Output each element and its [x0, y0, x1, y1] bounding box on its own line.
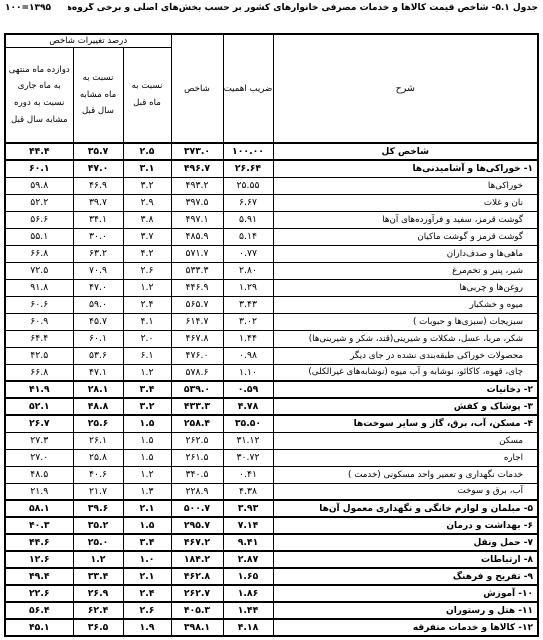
- cell-description: نان و غلات: [273, 194, 538, 211]
- cell-description: شیر، پنیر و تخم‌مرغ: [273, 262, 538, 279]
- cell-weight: ۳۵.۵۰: [223, 415, 273, 432]
- table-row: اجاره۳۰.۷۲۲۶۱.۵۱.۵۲۵.۸۲۷.۰: [5, 449, 538, 466]
- cell-twelve-month: ۶۰.۱: [5, 160, 73, 177]
- cell-twelve-month: ۵۶.۶: [5, 211, 73, 228]
- cell-index: ۴۹۳.۲: [171, 177, 223, 194]
- cell-vs-prev-month: ۲.۴: [123, 296, 171, 313]
- cell-weight: ۲.۸۷: [223, 551, 273, 568]
- cell-twelve-month: ۴۴.۴: [5, 143, 73, 160]
- cell-weight: ۵.۱۴: [223, 228, 273, 245]
- cell-weight: ۱.۴۴: [223, 602, 273, 619]
- cell-vs-prev-month: ۱.۳: [123, 483, 171, 500]
- cell-vs-same-month-prev-year: ۳۰.۰: [73, 228, 123, 245]
- cell-index: ۲۹۵.۷: [171, 517, 223, 534]
- cell-twelve-month: ۲۱.۹: [5, 483, 73, 500]
- table-row: ۱۰- آموزش۱.۸۶۲۶۲.۷۲.۴۲۶.۹۲۲.۶: [5, 585, 538, 602]
- cell-vs-same-month-prev-year: ۲۶.۱: [73, 432, 123, 449]
- cell-vs-same-month-prev-year: ۴۷.۱: [73, 364, 123, 381]
- cell-vs-same-month-prev-year: ۴۸.۸: [73, 398, 123, 415]
- cell-weight: ۱.۸۶: [223, 585, 273, 602]
- cell-vs-same-month-prev-year: ۳۳.۴: [73, 568, 123, 585]
- col-header-description: شرح: [273, 34, 538, 143]
- cell-vs-prev-month: ۱.۰: [123, 551, 171, 568]
- cell-description: ۲- دخانیات: [273, 381, 538, 398]
- table-row: شیر، پنیر و تخم‌مرغ۲.۸۰۵۳۳.۳۲.۶۷۰.۹۷۲.۵: [5, 262, 538, 279]
- cell-index: ۴۹۶.۷: [171, 160, 223, 177]
- cpi-table: شرح ضریب اهمیت شاخص درصد تغییرات شاخص نس…: [4, 33, 539, 637]
- cell-vs-same-month-prev-year: ۴۶.۹: [73, 177, 123, 194]
- cell-description: ماهی‌ها و صدف‌داران: [273, 245, 538, 262]
- table-row: ۸- ارتباطات۲.۸۷۱۸۴.۲۱.۰۱.۲۱۲.۶: [5, 551, 538, 568]
- cell-vs-same-month-prev-year: ۳۵.۷: [73, 143, 123, 160]
- table-row: شاخص کل۱۰۰.۰۰۳۷۳.۰۲.۵۳۵.۷۴۴.۴: [5, 143, 538, 160]
- cell-weight: ۹.۴۱: [223, 534, 273, 551]
- cell-vs-same-month-prev-year: ۳۶.۵: [73, 619, 123, 636]
- cell-weight: ۰.۹۸: [223, 347, 273, 364]
- cell-index: ۴۶۲.۸: [171, 568, 223, 585]
- cell-vs-prev-month: ۱.۹: [123, 619, 171, 636]
- table-row: روغن‌ها و چربی‌ها۱.۲۹۴۴۶.۹۱.۲۴۷.۰۹۱.۸: [5, 279, 538, 296]
- cell-vs-same-month-prev-year: ۳۵.۲: [73, 517, 123, 534]
- cell-vs-prev-month: ۲.۹: [123, 194, 171, 211]
- cell-vs-same-month-prev-year: ۳۴.۱: [73, 211, 123, 228]
- cell-description: گوشت قرمز و گوشت ماکیان: [273, 228, 538, 245]
- cell-index: ۳۷۳.۰: [171, 143, 223, 160]
- cell-index: ۲۶۱.۵: [171, 449, 223, 466]
- table-row: ماهی‌ها و صدف‌داران۰.۷۷۵۷۱.۷۴.۲۶۳.۲۶۶.۸: [5, 245, 538, 262]
- cell-weight: ۳.۹۳: [223, 500, 273, 517]
- cell-weight: ۱.۴۴: [223, 330, 273, 347]
- cell-vs-prev-month: ۱.۲: [123, 466, 171, 483]
- cell-twelve-month: ۶۶.۸: [5, 364, 73, 381]
- cell-vs-same-month-prev-year: ۴۰.۶: [73, 466, 123, 483]
- cell-index: ۴۶۷.۸: [171, 330, 223, 347]
- report-page: جدول ۵.۱- شاخص قیمت کالاها و خدمات مصرفی…: [0, 0, 543, 640]
- cell-vs-same-month-prev-year: ۶۰.۱: [73, 330, 123, 347]
- cell-twelve-month: ۲۷.۰: [5, 449, 73, 466]
- cell-description: ۱- خوراکی‌ها و آشامیدنی‌ها: [273, 160, 538, 177]
- cell-vs-same-month-prev-year: ۵۹.۰: [73, 296, 123, 313]
- cell-vs-same-month-prev-year: ۱.۲: [73, 551, 123, 568]
- cell-vs-prev-month: ۲.۶: [123, 602, 171, 619]
- cell-vs-prev-month: ۴.۱: [123, 313, 171, 330]
- table-row: نان و غلات۶.۶۷۳۹۷.۵۲.۹۳۹.۷۵۲.۲: [5, 194, 538, 211]
- cell-weight: ۳.۴۳: [223, 296, 273, 313]
- cell-description: سبزیجات (سبزی‌ها و حبوبات ): [273, 313, 538, 330]
- cell-index: ۲۶۲.۵: [171, 432, 223, 449]
- table-row: میوه و خشکبار۳.۴۳۵۶۵.۷۲.۴۵۹.۰۶۰.۶: [5, 296, 538, 313]
- cell-twelve-month: ۹۱.۸: [5, 279, 73, 296]
- cell-vs-prev-month: ۳.۷: [123, 228, 171, 245]
- base-year-note: ۱۳۹۵=۱۰۰: [5, 3, 51, 14]
- table-body: شاخص کل۱۰۰.۰۰۳۷۳.۰۲.۵۳۵.۷۴۴.۴۱- خوراکی‌ه…: [5, 143, 538, 636]
- cell-vs-same-month-prev-year: ۷۰.۹: [73, 262, 123, 279]
- col-header-vs-prev-month: نسبت به ماه قبل: [123, 48, 171, 144]
- table-row: آب، برق و سوخت۴.۳۸۲۲۸.۹۱.۳۲۱.۷۲۱.۹: [5, 483, 538, 500]
- table-row: شکر، مربا، عسل، شکلات و شیرینی(قند، شکر …: [5, 330, 538, 347]
- table-row: ۷- حمل ونقل۹.۴۱۴۶۷.۲۳.۴۲۵.۰۴۴.۶: [5, 534, 538, 551]
- cell-vs-prev-month: ۳.۴: [123, 534, 171, 551]
- col-header-vs-same-month-prev-year: نسبت به ماه مشابه سال قبل: [73, 48, 123, 144]
- cell-twelve-month: ۱۲.۶: [5, 551, 73, 568]
- cell-index: ۳۴۰.۵: [171, 466, 223, 483]
- col-header-pct-change-band: درصد تغییرات شاخص: [5, 34, 171, 48]
- cell-description: ۵- مبلمان و لوازم خانگی و نگهداری معمول …: [273, 500, 538, 517]
- cell-index: ۲۲۸.۹: [171, 483, 223, 500]
- cell-weight: ۶.۶۷: [223, 194, 273, 211]
- table-caption-row: جدول ۵.۱- شاخص قیمت کالاها و خدمات مصرفی…: [5, 3, 538, 14]
- table-row: گوشت قرمز، سفید و فرآورده‌های آن‌ها۵.۹۱۴…: [5, 211, 538, 228]
- cell-index: ۴۷۶.۰: [171, 347, 223, 364]
- cell-index: ۴۴۶.۹: [171, 279, 223, 296]
- cell-twelve-month: ۴۹.۴: [5, 568, 73, 585]
- cell-vs-prev-month: ۱.۲: [123, 364, 171, 381]
- cell-vs-prev-month: ۱.۵: [123, 449, 171, 466]
- cell-weight: ۳۰.۷۲: [223, 449, 273, 466]
- table-row: ۹- تفریح و فرهنگ۱.۶۵۴۶۲.۸۲.۱۳۳.۴۴۹.۴: [5, 568, 538, 585]
- cell-vs-prev-month: ۱.۲: [123, 279, 171, 296]
- cell-index: ۱۸۴.۲: [171, 551, 223, 568]
- cell-vs-prev-month: ۲.۱: [123, 500, 171, 517]
- cell-index: ۴۳۳.۳: [171, 398, 223, 415]
- cell-weight: ۱.۲۹: [223, 279, 273, 296]
- cell-weight: ۳۱.۱۲: [223, 432, 273, 449]
- col-header-weight: ضریب اهمیت: [223, 34, 273, 143]
- table-title: جدول ۵.۱- شاخص قیمت کالاها و خدمات مصرفی…: [68, 3, 538, 14]
- cell-index: ۴۹۷.۱: [171, 211, 223, 228]
- cell-weight: ۴.۱۸: [223, 619, 273, 636]
- cell-twelve-month: ۵۶.۴: [5, 602, 73, 619]
- cell-description: ۳- پوشاک و کفش: [273, 398, 538, 415]
- cell-weight: ۰.۵۹: [223, 381, 273, 398]
- table-header: شرح ضریب اهمیت شاخص درصد تغییرات شاخص نس…: [5, 34, 538, 143]
- cell-twelve-month: ۷۲.۵: [5, 262, 73, 279]
- cell-vs-prev-month: ۳.۱: [123, 160, 171, 177]
- cell-weight: ۰.۴۱: [223, 466, 273, 483]
- cell-vs-same-month-prev-year: ۲۶.۹: [73, 585, 123, 602]
- cell-weight: ۳.۰۲: [223, 313, 273, 330]
- cell-twelve-month: ۴۸.۵: [5, 466, 73, 483]
- cell-vs-same-month-prev-year: ۳۹.۷: [73, 194, 123, 211]
- cell-twelve-month: ۶۴.۴: [5, 330, 73, 347]
- cell-weight: ۵.۹۱: [223, 211, 273, 228]
- cell-description: آب، برق و سوخت: [273, 483, 538, 500]
- cell-vs-same-month-prev-year: ۲۵.۸: [73, 449, 123, 466]
- cell-weight: ۱.۱۰: [223, 364, 273, 381]
- cell-twelve-month: ۲۷.۳: [5, 432, 73, 449]
- cell-vs-prev-month: ۱.۵: [123, 432, 171, 449]
- cell-twelve-month: ۶۰.۶: [5, 296, 73, 313]
- cell-twelve-month: ۵۵.۱: [5, 228, 73, 245]
- cell-vs-same-month-prev-year: ۴۵.۷: [73, 313, 123, 330]
- cell-twelve-month: ۴۵.۱: [5, 619, 73, 636]
- cell-description: شکر، مربا، عسل، شکلات و شیرینی(قند، شکر …: [273, 330, 538, 347]
- cell-description: خوراکی‌ها: [273, 177, 538, 194]
- cell-description: محصولات خوراکی طبقه‌بندی نشده در جای دیگ…: [273, 347, 538, 364]
- cell-twelve-month: ۴۰.۳: [5, 517, 73, 534]
- cell-description: ۴- مسکن، آب، برق، گاز و سایر سوخت‌ها: [273, 415, 538, 432]
- table-row: گوشت قرمز و گوشت ماکیان۵.۱۴۴۸۵.۹۳.۷۳۰.۰۵…: [5, 228, 538, 245]
- table-row: محصولات خوراکی طبقه‌بندی نشده در جای دیگ…: [5, 347, 538, 364]
- cell-index: ۲۵۸.۴: [171, 415, 223, 432]
- cell-twelve-month: ۶۶.۸: [5, 245, 73, 262]
- cell-vs-same-month-prev-year: ۴۷.۰: [73, 160, 123, 177]
- cell-description: ۸- ارتباطات: [273, 551, 538, 568]
- header-band-row: شرح ضریب اهمیت شاخص درصد تغییرات شاخص: [5, 34, 538, 48]
- cell-index: ۴۶۷.۲: [171, 534, 223, 551]
- cell-twelve-month: ۶۰.۹: [5, 313, 73, 330]
- cell-description: میوه و خشکبار: [273, 296, 538, 313]
- table-row: مسکن۳۱.۱۲۲۶۲.۵۱.۵۲۶.۱۲۷.۳: [5, 432, 538, 449]
- cell-description: ۱۱- هتل و رستوران: [273, 602, 538, 619]
- cell-vs-same-month-prev-year: ۶۳.۲: [73, 245, 123, 262]
- cell-index: ۶۱۴.۷: [171, 313, 223, 330]
- cell-description: روغن‌ها و چربی‌ها: [273, 279, 538, 296]
- cell-description: مسکن: [273, 432, 538, 449]
- cell-index: ۵۳۹.۰: [171, 381, 223, 398]
- cell-description: خدمات نگهداری و تعمیر واحد مسکونی (خدمت …: [273, 466, 538, 483]
- cell-weight: ۷.۱۴: [223, 517, 273, 534]
- cell-index: ۳۹۷.۵: [171, 194, 223, 211]
- cell-twelve-month: ۵۹.۸: [5, 177, 73, 194]
- table-row: ۱۲- کالاها و خدمات متفرقه۴.۱۸۳۹۸.۱۱.۹۳۶.…: [5, 619, 538, 636]
- table-row: خدمات نگهداری و تعمیر واحد مسکونی (خدمت …: [5, 466, 538, 483]
- cell-description: ۷- حمل ونقل: [273, 534, 538, 551]
- cell-weight: ۲.۸۰: [223, 262, 273, 279]
- cell-weight: ۴.۳۸: [223, 483, 273, 500]
- cell-vs-same-month-prev-year: ۵۳.۶: [73, 347, 123, 364]
- cell-vs-prev-month: ۲.۰: [123, 330, 171, 347]
- table-row: چای، قهوه، کاکائو، نوشابه و آب میوه (نوش…: [5, 364, 538, 381]
- cell-description: ۹- تفریح و فرهنگ: [273, 568, 538, 585]
- cell-weight: ۲۶.۶۴: [223, 160, 273, 177]
- cell-vs-same-month-prev-year: ۳۹.۶: [73, 500, 123, 517]
- cell-vs-same-month-prev-year: ۲۸.۱: [73, 381, 123, 398]
- cell-vs-prev-month: ۱.۵: [123, 415, 171, 432]
- cell-description: چای، قهوه، کاکائو، نوشابه و آب میوه (نوش…: [273, 364, 538, 381]
- cell-vs-same-month-prev-year: ۲۵.۶: [73, 415, 123, 432]
- cell-twelve-month: ۲۶.۷: [5, 415, 73, 432]
- cell-twelve-month: ۴۴.۶: [5, 534, 73, 551]
- cell-vs-prev-month: ۶.۱: [123, 347, 171, 364]
- cell-vs-prev-month: ۳.۸: [123, 211, 171, 228]
- cell-weight: ۴.۷۸: [223, 398, 273, 415]
- cell-description: گوشت قرمز، سفید و فرآورده‌های آن‌ها: [273, 211, 538, 228]
- cell-vs-same-month-prev-year: ۶۲.۴: [73, 602, 123, 619]
- table-row: ۴- مسکن، آب، برق، گاز و سایر سوخت‌ها۳۵.۵…: [5, 415, 538, 432]
- cell-index: ۴۰۵.۳: [171, 602, 223, 619]
- cell-vs-prev-month: ۳.۲: [123, 177, 171, 194]
- cell-twelve-month: ۴۲.۵: [5, 347, 73, 364]
- cell-twelve-month: ۲۲.۶: [5, 585, 73, 602]
- cell-index: ۵۷۸.۶: [171, 364, 223, 381]
- cell-weight: ۰.۷۷: [223, 245, 273, 262]
- cell-vs-same-month-prev-year: ۲۱.۷: [73, 483, 123, 500]
- cell-vs-prev-month: ۳.۴: [123, 381, 171, 398]
- cell-weight: ۱.۶۵: [223, 568, 273, 585]
- cell-vs-prev-month: ۱.۵: [123, 517, 171, 534]
- cell-index: ۵۶۵.۷: [171, 296, 223, 313]
- cell-vs-prev-month: ۲.۶: [123, 262, 171, 279]
- col-header-index: شاخص: [171, 34, 223, 143]
- table-row: ۶- بهداشت و درمان۷.۱۴۲۹۵.۷۱.۵۳۵.۲۴۰.۳: [5, 517, 538, 534]
- cell-index: ۳۹۸.۱: [171, 619, 223, 636]
- cell-vs-prev-month: ۲.۵: [123, 143, 171, 160]
- cell-index: ۵۳۳.۳: [171, 262, 223, 279]
- cell-index: ۲۶۲.۷: [171, 585, 223, 602]
- cell-vs-prev-month: ۲.۱: [123, 568, 171, 585]
- cell-description: اجاره: [273, 449, 538, 466]
- table-row: ۲- دخانیات۰.۵۹۵۳۹.۰۳.۴۲۸.۱۴۱.۹: [5, 381, 538, 398]
- table-row: ۳- پوشاک و کفش۴.۷۸۴۳۳.۳۳.۲۴۸.۸۵۲.۱: [5, 398, 538, 415]
- table-row: ۱- خوراکی‌ها و آشامیدنی‌ها۲۶.۶۴۴۹۶.۷۳.۱۴…: [5, 160, 538, 177]
- cell-description: ۱۰- آموزش: [273, 585, 538, 602]
- cell-vs-prev-month: ۳.۲: [123, 398, 171, 415]
- cell-description: ۶- بهداشت و درمان: [273, 517, 538, 534]
- cell-index: ۵۷۱.۷: [171, 245, 223, 262]
- cell-twelve-month: ۴۱.۹: [5, 381, 73, 398]
- table-row: سبزیجات (سبزی‌ها و حبوبات )۳.۰۲۶۱۴.۷۴.۱۴…: [5, 313, 538, 330]
- cell-vs-prev-month: ۲.۴: [123, 585, 171, 602]
- cell-weight: ۲۵.۵۵: [223, 177, 273, 194]
- table-row: ۵- مبلمان و لوازم خانگی و نگهداری معمول …: [5, 500, 538, 517]
- col-header-twelve-month: دوازده ماه منتهی به ماه جاری نسبت به دور…: [5, 48, 73, 144]
- cell-vs-same-month-prev-year: ۲۵.۰: [73, 534, 123, 551]
- cell-vs-prev-month: ۴.۲: [123, 245, 171, 262]
- cell-description: ۱۲- کالاها و خدمات متفرقه: [273, 619, 538, 636]
- cell-twelve-month: ۵۸.۱: [5, 500, 73, 517]
- table-row: خوراکی‌ها۲۵.۵۵۴۹۳.۲۳.۲۴۶.۹۵۹.۸: [5, 177, 538, 194]
- cell-index: ۴۸۵.۹: [171, 228, 223, 245]
- cell-description: شاخص کل: [273, 143, 538, 160]
- cell-weight: ۱۰۰.۰۰: [223, 143, 273, 160]
- cell-twelve-month: ۵۲.۲: [5, 194, 73, 211]
- cell-index: ۵۰۰.۷: [171, 500, 223, 517]
- cell-vs-same-month-prev-year: ۴۷.۰: [73, 279, 123, 296]
- cell-twelve-month: ۵۲.۱: [5, 398, 73, 415]
- table-row: ۱۱- هتل و رستوران۱.۴۴۴۰۵.۳۲.۶۶۲.۴۵۶.۴: [5, 602, 538, 619]
